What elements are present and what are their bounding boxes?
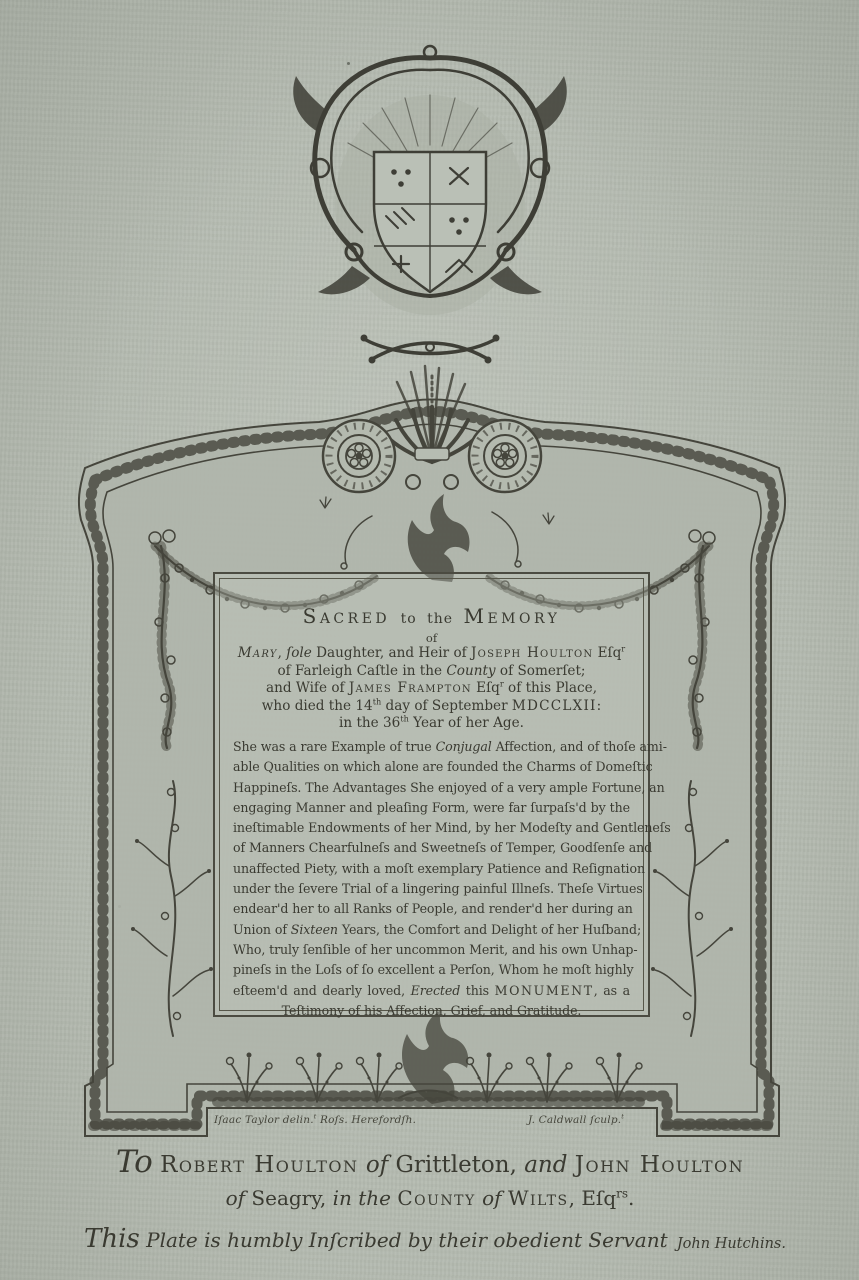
inscription-line: Teſtimony of his Affection, Grief, and G… xyxy=(233,1001,630,1021)
inscription-line: Union of Sixteen Years, the Comfort and … xyxy=(233,920,630,940)
inscription-line: She was a rare Example of true Conjugal … xyxy=(233,737,630,757)
author-signature: John Hutchins. xyxy=(677,1236,786,1254)
inscription-line: eſteem'd and dearly loved, Erected this … xyxy=(233,981,630,1001)
inscription-line: pineſs in the Loſs of ſo excellent a Per… xyxy=(233,960,630,980)
dedication-colophon: To Robert Houlton of Grittleton, and Joh… xyxy=(60,1147,800,1254)
inscription-line: of Farleigh Caſtle in the County of Some… xyxy=(233,663,630,681)
volute-left xyxy=(323,420,395,492)
inscription-line: ineſtimable Endowments of her Mind, by h… xyxy=(233,818,630,838)
volute-right xyxy=(469,420,541,492)
inscription-line: in the 36th Year of her Age. xyxy=(233,715,630,733)
inscription-line: under the ſevere Trial of a lingering pa… xyxy=(233,879,630,899)
inscription-line: who died the 14th day of September MDCCL… xyxy=(233,698,630,716)
dedication-line-2: of Seagry, in the County of Wilts, Eſqrs… xyxy=(60,1185,800,1211)
delineator-credit: Iſaac Taylor delin.t Roſs. Herefordſh. xyxy=(214,1114,416,1126)
inscription-line: able Qualities on which alone are founde… xyxy=(233,757,630,777)
engraved-plate-scan: Sacred to the Memory of Mary, ſole Daugh… xyxy=(0,0,859,1280)
dedication-line-1: To Robert Houlton of Grittleton, and Joh… xyxy=(60,1147,800,1180)
engraver-credit: J. Caldwall ſculp.t xyxy=(528,1114,624,1126)
inscription-line: endear'd her to all Ranks of People, and… xyxy=(233,899,630,919)
coat-of-arms-cartouche xyxy=(270,40,590,385)
inscription-title: Sacred to the Memory xyxy=(233,603,630,632)
inscription-line: of Manners Chearfulneſs and Sweetneſs of… xyxy=(233,838,630,858)
inscription-line: unaffected Piety, with a moſt exemplary … xyxy=(233,859,630,879)
inscription-of-word: of xyxy=(233,632,630,645)
inscription-body-block: She was a rare Example of true Conjugal … xyxy=(233,737,630,1021)
dedication-script-row: This Plate is humbly Inſcribed by their … xyxy=(60,1224,800,1254)
inscription-line: engaging Manner and pleaſing Form, were … xyxy=(233,798,630,818)
inscription-panel-inner: Sacred to the Memory of Mary, ſole Daugh… xyxy=(219,578,644,1011)
inscription-identity-block: Mary, ſole Daughter, and Heir of Joseph … xyxy=(233,645,630,733)
inscription-line: and Wife of James Frampton Eſqr of this … xyxy=(233,680,630,698)
inscription-line: Who, truly ſenſible of her uncommon Meri… xyxy=(233,940,630,960)
inscription-line: Mary, ſole Daughter, and Heir of Joseph … xyxy=(233,645,630,663)
dedication-script-line: This Plate is humbly Inſcribed by their … xyxy=(84,1224,668,1254)
inscription-panel: Sacred to the Memory of Mary, ſole Daugh… xyxy=(213,572,650,1017)
inscription-line: Happineſs. The Advantages She enjoyed of… xyxy=(233,778,630,798)
